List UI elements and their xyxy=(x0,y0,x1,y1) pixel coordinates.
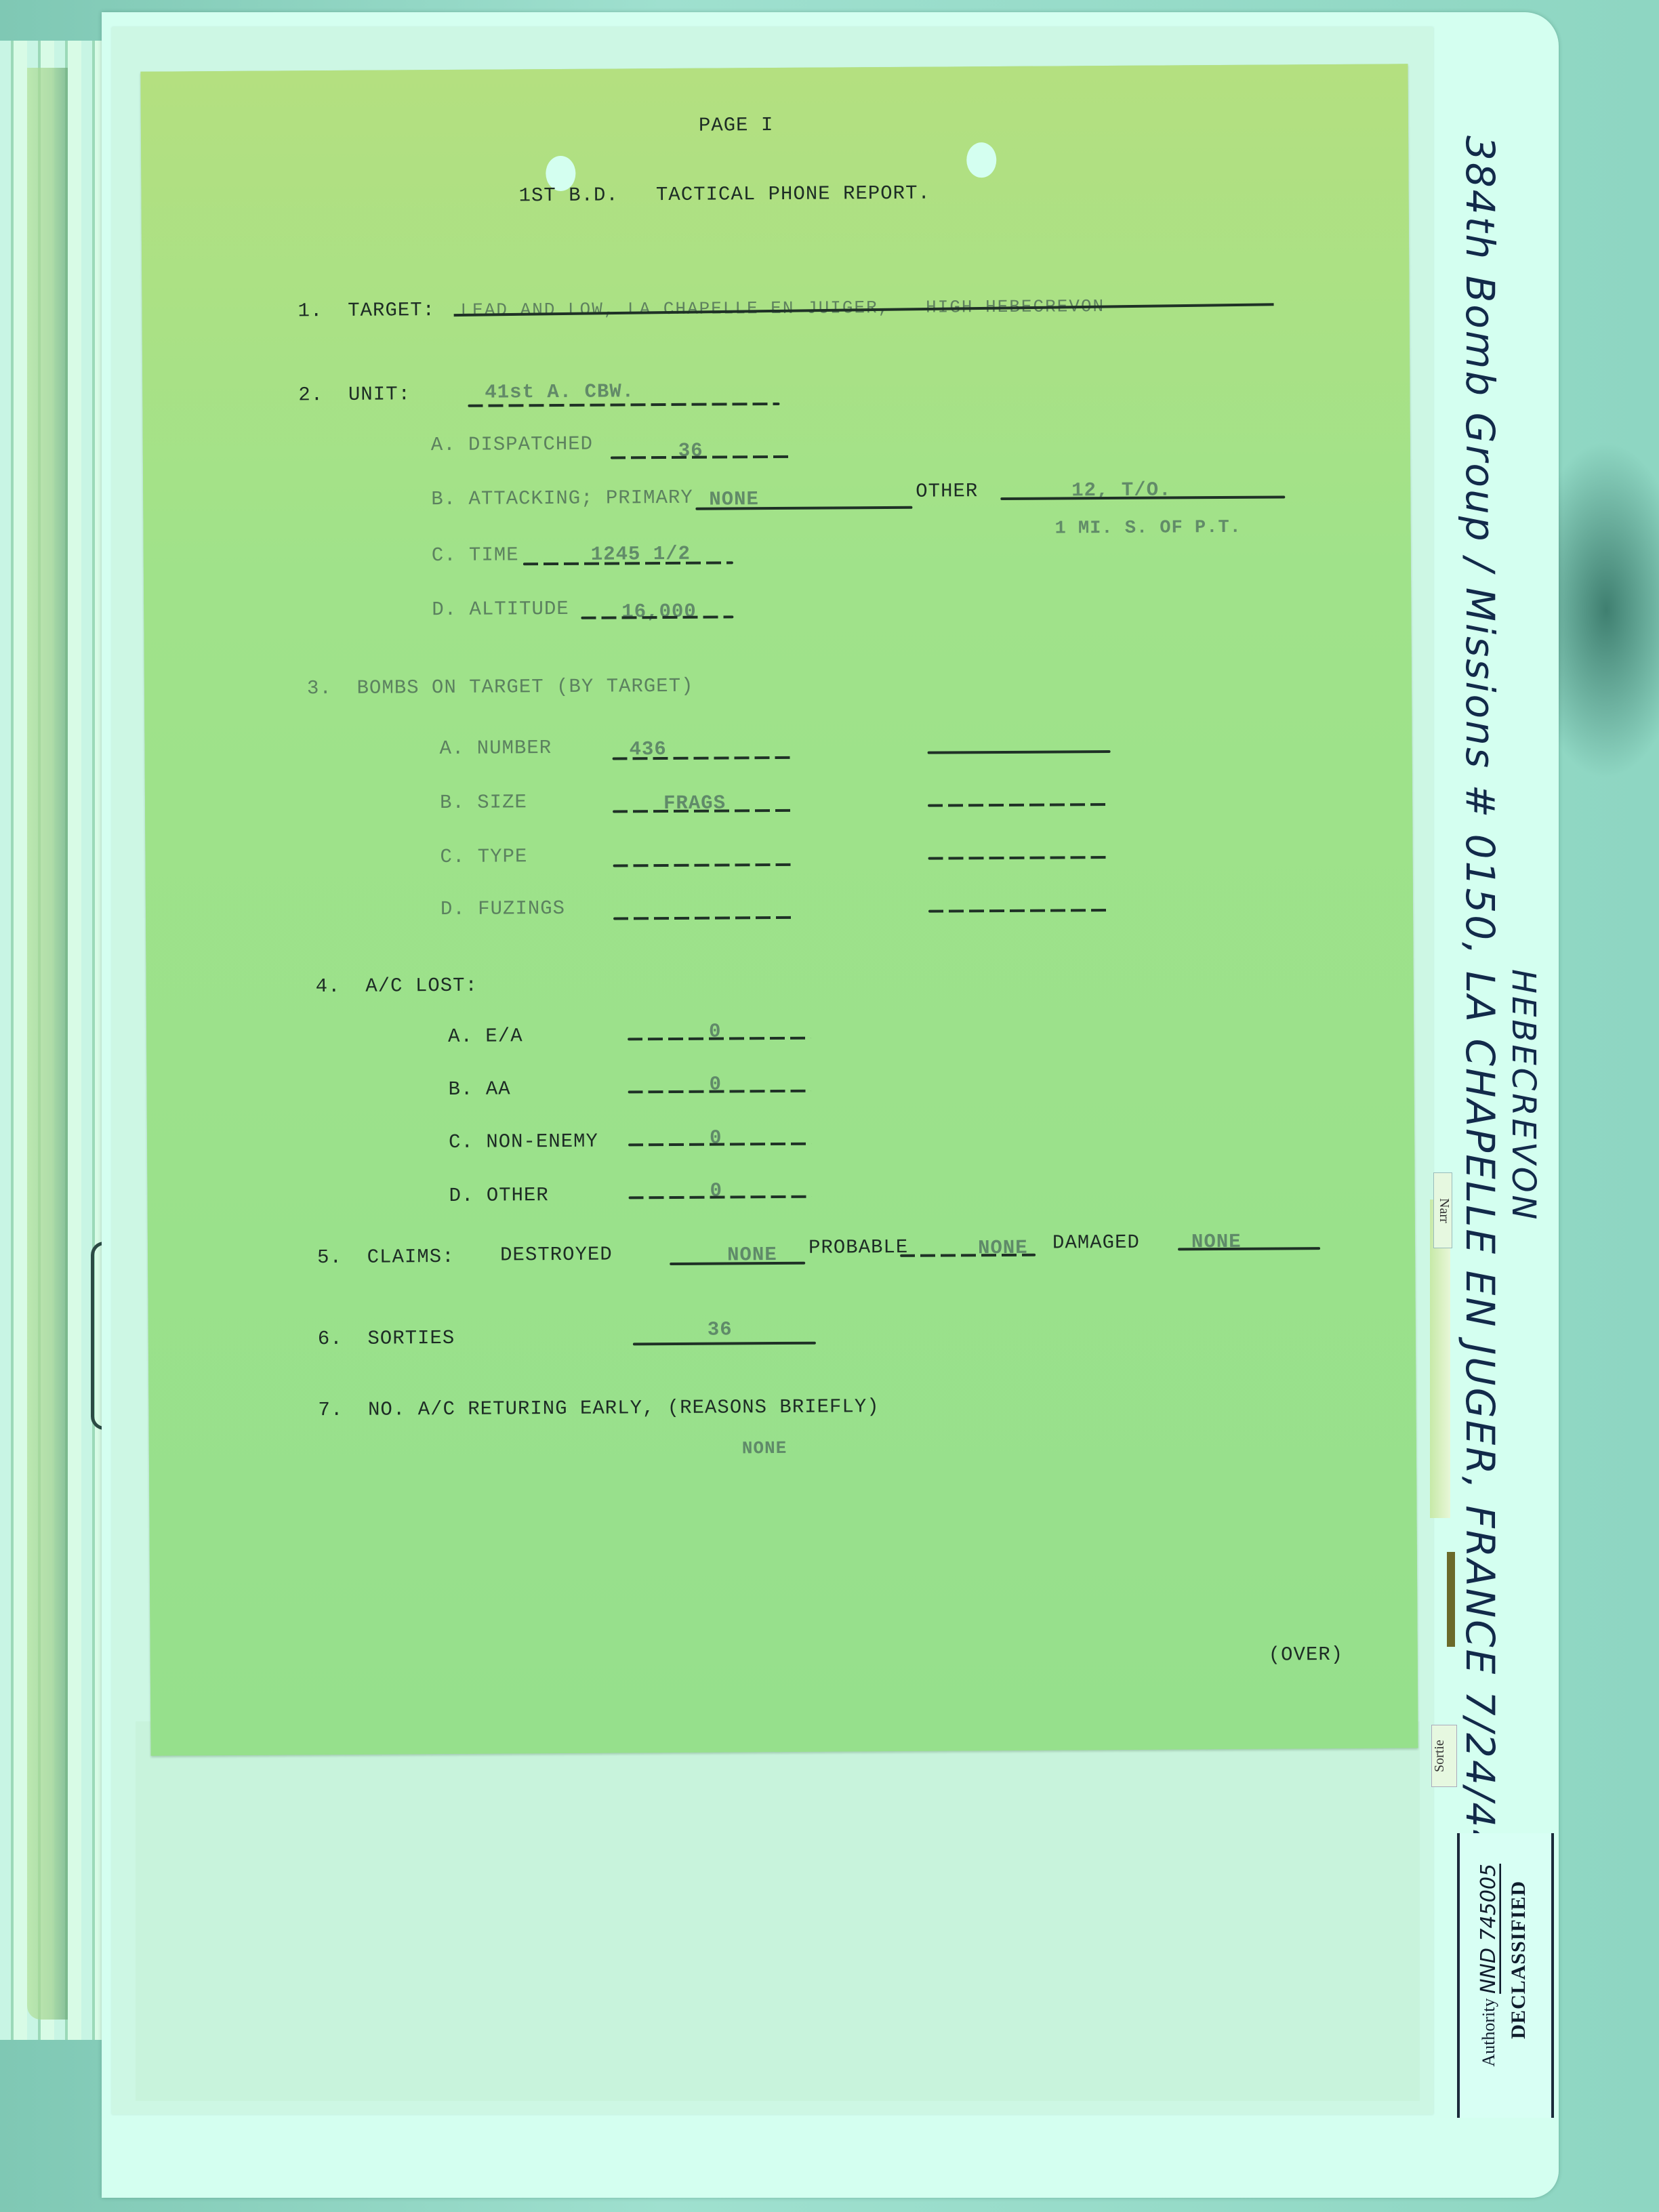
folder-label-mission: 384th Bomb Group / Missions # 0150, LA C… xyxy=(1457,136,1503,1856)
ac-lost-aa-label: B. AA xyxy=(449,1078,511,1101)
bombs-type-blank xyxy=(613,863,793,867)
ac-lost-aa-blank xyxy=(628,1090,811,1094)
target-label: 1. TARGET: xyxy=(298,299,435,322)
bombs-size-blank xyxy=(613,809,792,813)
sorties-value: 36 xyxy=(708,1318,733,1340)
dispatched-value: 36 xyxy=(678,440,703,462)
attacking-other-note: 1 MI. S. OF P.T. xyxy=(1054,518,1241,539)
bombs-fuzings-blank xyxy=(613,916,793,920)
claims-label: 5. CLAIMS: xyxy=(317,1246,455,1269)
authority-value: NND 745005 xyxy=(1477,1864,1500,1994)
ac-lost-other-value: 0 xyxy=(710,1180,722,1202)
punch-hole xyxy=(966,142,996,178)
altitude-label: D. ALTITUDE xyxy=(432,598,569,621)
time-label: C. TIME xyxy=(432,544,519,567)
folder-label-location: HEBECREVON xyxy=(1504,969,1542,1222)
over-note: (OVER) xyxy=(1269,1643,1344,1666)
unit-label: 2. UNIT: xyxy=(298,383,411,406)
dispatched-blank xyxy=(611,455,794,459)
attacking-other-label: OTHER xyxy=(916,480,978,503)
ac-lost-nonenemy-value: 0 xyxy=(710,1127,722,1149)
left-document-stack xyxy=(0,41,102,2040)
bombs-size-blank-2 xyxy=(928,803,1111,807)
dispatched-label: A. DISPATCHED xyxy=(431,433,593,456)
ac-lost-nonenemy-blank xyxy=(628,1143,811,1147)
page-label: PAGE I xyxy=(699,114,774,137)
attacking-primary-blank xyxy=(695,506,912,510)
claims-damaged-blank xyxy=(1178,1247,1320,1250)
declassified-title: DECLASSIFIED xyxy=(1507,1881,1530,2039)
declassified-stamp: DECLASSIFIED Authority NND 745005 xyxy=(1457,1833,1554,2118)
ac-lost-other-blank xyxy=(629,1195,812,1200)
sorties-blank xyxy=(633,1342,816,1346)
bombs-type-blank-2 xyxy=(928,856,1111,860)
altitude-blank xyxy=(581,615,733,619)
unit-value: 41st A. CBW. xyxy=(485,380,634,403)
underlying-sheet-bottom xyxy=(136,1721,1420,2101)
bombs-number-label: A. NUMBER xyxy=(439,737,552,760)
claims-destroyed-blank xyxy=(670,1262,805,1265)
declassified-authority: Authority NND 745005 xyxy=(1477,1864,1500,2067)
claims-damaged-label: DAMAGED xyxy=(1052,1231,1140,1254)
sorties-label: 6. SORTIES xyxy=(318,1327,455,1350)
claims-destroyed-label: DESTROYED xyxy=(500,1244,613,1267)
bombs-fuzings-label: D. FUZINGS xyxy=(441,897,565,920)
yellow-page-edge xyxy=(27,68,68,2020)
bombs-fuzings-blank-2 xyxy=(928,909,1111,913)
folder-label: 384th Bomb Group / Missions # 0150, LA C… xyxy=(1437,136,1545,1796)
bombs-label: 3. BOMBS ON TARGET (BY TARGET) xyxy=(307,675,694,699)
report-title: 1ST B.D. TACTICAL PHONE REPORT. xyxy=(518,182,930,207)
attacking-label: B. ATTACKING; PRIMARY xyxy=(431,487,693,510)
bombs-size-label: B. SIZE xyxy=(440,791,527,814)
ac-lost-other-label: D. OTHER xyxy=(449,1184,548,1207)
claims-probable-label: PROBABLE xyxy=(808,1236,908,1259)
ac-lost-ea-label: A. E/A xyxy=(448,1025,523,1048)
bombs-type-label: C. TYPE xyxy=(440,845,527,868)
bombs-number-blank xyxy=(613,756,792,760)
authority-label: Authority xyxy=(1479,1999,1498,2067)
altitude-value: 16,000 xyxy=(621,600,697,623)
tactical-phone-report-sheet: PAGE I 1ST B.D. TACTICAL PHONE REPORT. 1… xyxy=(140,64,1418,1755)
bombs-number-blank-2 xyxy=(928,750,1111,754)
returning-early-value: NONE xyxy=(742,1438,787,1458)
ac-lost-label: 4. A/C LOST: xyxy=(316,975,478,998)
returning-early-label: 7. NO. A/C RETURING EARLY, (REASONS BRIE… xyxy=(318,1395,879,1421)
ac-lost-nonenemy-label: C. NON-ENEMY xyxy=(449,1130,598,1153)
ac-lost-ea-blank xyxy=(628,1037,811,1041)
